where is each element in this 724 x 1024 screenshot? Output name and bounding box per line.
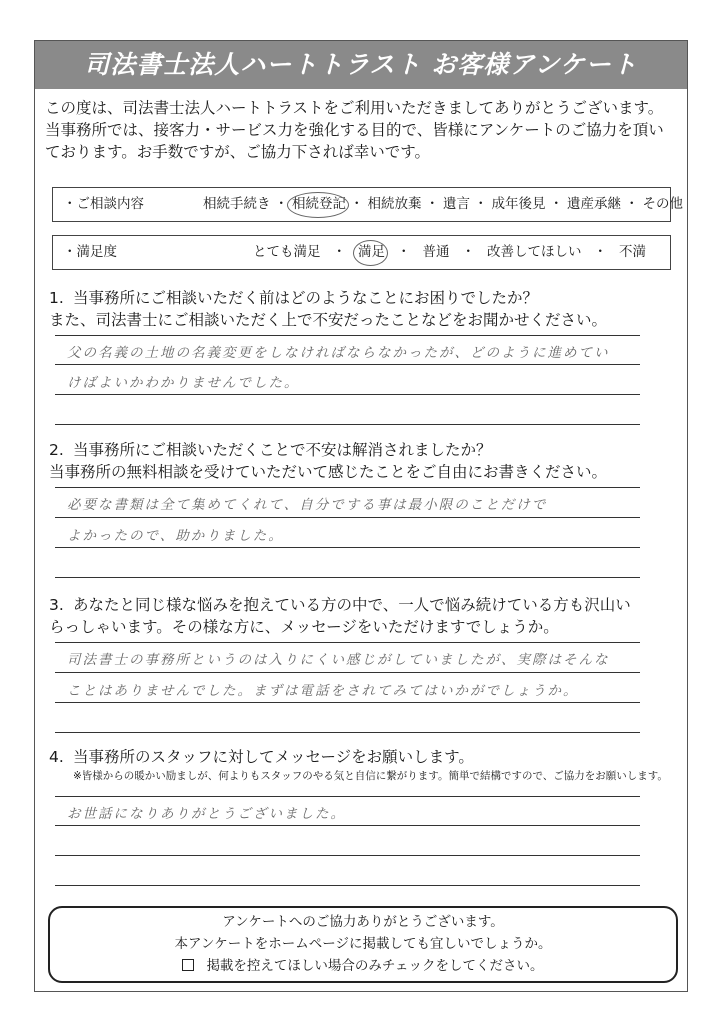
question-4-line1: 4.当事務所のスタッフに対してメッセージをお願いします。 [49, 746, 679, 768]
question-text: あなたと同じ様な悩みを抱えている方の中で、一人で悩み続けている方も沢山い [73, 596, 631, 614]
question-2: 2.当事務所にご相談いただくことで不安は解消されましたか？ 当事務所の無料相談を… [49, 439, 679, 483]
form-title: 司法書士法人ハートトラスト お客様アンケート [35, 41, 687, 89]
ruled-line [55, 487, 640, 488]
ruled-line [55, 796, 640, 797]
question-3-line1: 3.あなたと同じ様な悩みを抱えている方の中で、一人で悩み続けている方も沢山い [49, 594, 679, 616]
opt-out-row: 掲載を控えてほしい場合のみチェックをしてください。 [50, 955, 676, 977]
separator: ・ [462, 236, 476, 269]
intro-line: この度は、司法書士法人ハートトラストをご利用いただきましてありがとうございます。 [45, 97, 681, 119]
handwritten-answer: 司法書士の事務所というのは入りにくい感じがしていましたが、実際はそんな [67, 648, 610, 668]
option-dissatisfied[interactable]: 不満 [619, 236, 646, 269]
option-other[interactable]: その他 [643, 188, 684, 221]
thanks-text: アンケートへのご協力ありがとうございます。 [50, 911, 676, 933]
handwritten-answer: ことはありませんでした。まずは電話をされてみてはいかがでしょうか。 [67, 679, 579, 699]
handwritten-answer: 父の名義の土地の名義変更をしなければならなかったが、どのように進めてい [67, 341, 610, 361]
option-inheritance-procedure[interactable]: 相続手続き [203, 188, 271, 221]
consultation-type-field: ・ご相談内容 相続手続き・相続登記・相続放棄・遺言・成年後見・遺産承継・その他 [52, 187, 671, 222]
ruled-line [55, 517, 640, 518]
separator: ・ [625, 188, 639, 221]
ruled-line [55, 855, 640, 856]
ruled-line [55, 672, 640, 673]
separator: ・ [474, 188, 488, 221]
ruled-line [55, 702, 640, 703]
ruled-line [55, 825, 640, 826]
question-text: 当事務所のスタッフに対してメッセージをお願いします。 [73, 748, 474, 766]
question-text: 当事務所にご相談いただくことで不安は解消されましたか？ [73, 441, 492, 459]
separator: ・ [350, 188, 364, 221]
publication-consent-box: アンケートへのご協力ありがとうございます。 本アンケートをホームページに掲載して… [48, 906, 678, 983]
question-2-line2: 当事務所の無料相談を受けていただいて感じたことをご自由にお書きください。 [49, 461, 679, 483]
opt-out-checkbox[interactable] [182, 959, 194, 971]
question-number: 4. [49, 746, 73, 768]
intro-text: この度は、司法書士法人ハートトラストをご利用いただきましてありがとうございます。… [45, 97, 681, 163]
question-1: 1.当事務所にご相談いただく前はどのようなことにお困りでしたか？ また、司法書士… [49, 287, 679, 331]
survey-form: 司法書士法人ハートトラスト お客様アンケート この度は、司法書士法人ハートトラス… [34, 40, 688, 992]
ruled-line [55, 394, 640, 395]
ruled-line [55, 577, 640, 578]
satisfaction-field: ・満足度 とても満足・満足・普通・改善してほしい・不満 [52, 235, 671, 270]
question-number: 1. [49, 287, 73, 309]
separator: ・ [550, 188, 564, 221]
option-inheritance-registration-selected[interactable]: 相続登記 [292, 188, 346, 221]
ruled-line [55, 642, 640, 643]
question-2-line1: 2.当事務所にご相談いただくことで不安は解消されましたか？ [49, 439, 679, 461]
separator: ・ [426, 188, 440, 221]
handwritten-answer: よかったので、助かりました。 [67, 524, 284, 544]
consultation-type-label: ・ご相談内容 [63, 188, 144, 221]
option-needs-improvement[interactable]: 改善してほしい [487, 236, 582, 269]
separator: ・ [275, 188, 289, 221]
question-number: 3. [49, 594, 73, 616]
separator: ・ [397, 236, 411, 269]
separator: ・ [594, 236, 608, 269]
handwritten-answer: お世話になりありがとうございました。 [67, 802, 346, 822]
ruled-line [55, 335, 640, 336]
option-will[interactable]: 遺言 [443, 188, 470, 221]
option-neutral[interactable]: 普通 [423, 236, 450, 269]
publication-question: 本アンケートをホームページに掲載しても宜しいでしょうか。 [50, 933, 676, 955]
option-adult-guardianship[interactable]: 成年後見 [492, 188, 546, 221]
ruled-line [55, 364, 640, 365]
handwritten-answer: 必要な書類は全て集めてくれて、自分でする事は最小限のことだけで [67, 493, 547, 513]
ruled-line [55, 885, 640, 886]
intro-line: ております。お手数ですが、ご協力下されば幸いです。 [45, 141, 681, 163]
opt-out-label: 掲載を控えてほしい場合のみチェックをしてください。 [206, 958, 543, 974]
consultation-options: 相続手続き・相続登記・相続放棄・遺言・成年後見・遺産承継・その他 [203, 188, 683, 221]
option-estate-succession[interactable]: 遺産承継 [567, 188, 621, 221]
option-satisfied-selected[interactable]: 満足 [358, 236, 385, 269]
question-4-note: ※皆様からの暖かい励ましが、何よりもスタッフのやる気と自信に繋がります。簡単で結… [49, 768, 679, 784]
question-3: 3.あなたと同じ様な悩みを抱えている方の中で、一人で悩み続けている方も沢山い ら… [49, 594, 679, 638]
option-inheritance-renunciation[interactable]: 相続放棄 [368, 188, 422, 221]
ruled-line [55, 732, 640, 733]
question-number: 2. [49, 439, 73, 461]
question-1-line2: また、司法書士にご相談いただく上で不安だったことなどをお聞かせください。 [49, 309, 679, 331]
ruled-line [55, 424, 640, 425]
satisfaction-options: とても満足・満足・普通・改善してほしい・不満 [253, 236, 646, 269]
option-very-satisfied[interactable]: とても満足 [253, 236, 321, 269]
separator: ・ [333, 236, 347, 269]
intro-line: 当事務所では、接客力・サービス力を強化する目的で、皆様にアンケートのご協力を頂い [45, 119, 681, 141]
ruled-line [55, 547, 640, 548]
question-4: 4.当事務所のスタッフに対してメッセージをお願いします。 ※皆様からの暖かい励ま… [49, 746, 679, 784]
satisfaction-label: ・満足度 [63, 236, 117, 269]
handwritten-answer: けばよいかわかりませんでした。 [67, 371, 300, 391]
question-1-line1: 1.当事務所にご相談いただく前はどのようなことにお困りでしたか？ [49, 287, 679, 309]
question-3-line2: らっしゃいます。その様な方に、メッセージをいただけますでしょうか。 [49, 616, 679, 638]
question-text: 当事務所にご相談いただく前はどのようなことにお困りでしたか？ [73, 289, 538, 307]
